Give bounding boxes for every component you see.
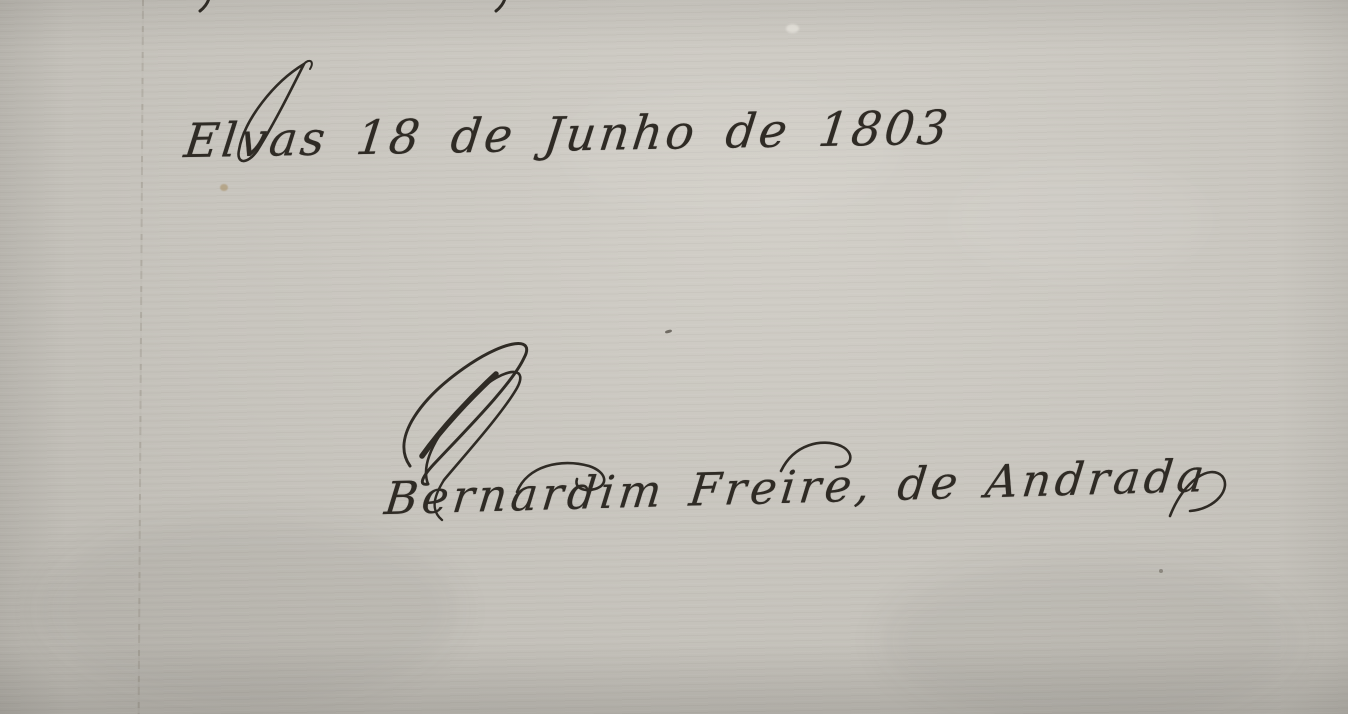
paper-speck [1159,569,1163,573]
paper-fold-line [138,0,144,714]
top-ink-tick-right [494,0,508,14]
document-photo: Elvas 18 de Junho de 1803 Bernardim Frei… [0,0,1348,714]
paper-highlight [950,160,1210,280]
paper-blemish [786,24,799,33]
paper-shadow [880,560,1300,714]
elvas-ascender-flourish [214,58,314,170]
paper-speck [665,329,673,334]
signature-end-flourish [1166,464,1230,522]
top-ink-tick-left [198,0,212,14]
paper-stain [220,184,228,191]
paper-shadow [40,520,460,700]
